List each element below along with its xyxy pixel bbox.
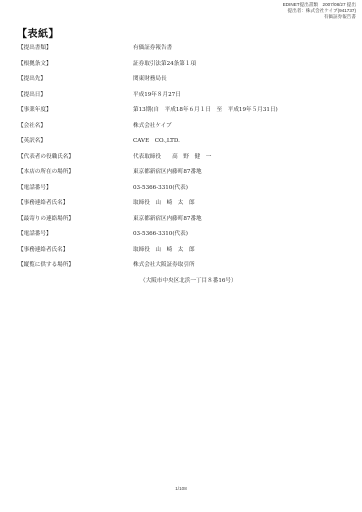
field-value: 関東財務局長 <box>133 74 167 84</box>
field-label: 【会社名】 <box>18 121 46 131</box>
field-row: 【英訳名】CAVE CO.,LTD. <box>0 136 362 146</box>
field-value: 東京都新宿区内藤町87番地 <box>133 214 202 224</box>
field-label: 【電話番号】 <box>18 229 52 239</box>
field-label: 【縦覧に供する場所】 <box>18 260 74 270</box>
field-value: 03-5366-3310(代表) <box>133 183 188 193</box>
field-label: 【代表者の役職氏名】 <box>18 152 74 162</box>
page-title: 【表紙】 <box>17 25 59 40</box>
field-row: 【事業年度】第13期(自 平成18年６月１日 至 平成19年５月31日) <box>0 105 362 115</box>
field-value: 03-5366-3310(代表) <box>133 229 188 239</box>
field-row: 【提出先】関東財務局長 <box>0 74 362 84</box>
field-label: 【事務連絡者氏名】 <box>18 198 68 208</box>
field-value: 取締役 山 崎 太 郎 <box>133 245 195 255</box>
field-label: 【最寄りの連絡場所】 <box>18 214 74 224</box>
field-label: 【電話番号】 <box>18 183 52 193</box>
field-row: 【根拠条文】証券取引法第24条第１項 <box>0 59 362 69</box>
field-row: 【電話番号】03-5366-3310(代表) <box>0 229 362 239</box>
field-label: 【事務連絡者氏名】 <box>18 245 68 255</box>
field-row: 【縦覧に供する場所】株式会社大阪証券取引所 <box>0 260 362 270</box>
field-value: 取締役 山 崎 太 郎 <box>133 198 195 208</box>
page-number: 1/108 <box>0 486 362 491</box>
field-label: 【提出日】 <box>18 90 46 100</box>
field-label: 【提出先】 <box>18 74 46 84</box>
field-row: 【電話番号】03-5366-3310(代表) <box>0 183 362 193</box>
field-value: 平成19年８月27日 <box>133 90 181 100</box>
field-row: 【代表者の役職氏名】代表取締役 高 野 健 一 <box>0 152 362 162</box>
field-row: 【事務連絡者氏名】取締役 山 崎 太 郎 <box>0 245 362 255</box>
field-value: CAVE CO.,LTD. <box>133 136 180 146</box>
field-row: 【提出書類】有価証券報告書 <box>0 43 362 53</box>
document-header: EDINET提出書類 2007/08/27 提出 提出者：株式会社ケイブ(941… <box>283 2 356 20</box>
field-value: 株式会社大阪証券取引所 <box>133 260 195 270</box>
field-label: 【事業年度】 <box>18 105 52 115</box>
field-label: 【本店の所在の場所】 <box>18 167 74 177</box>
field-row: 【本店の所在の場所】東京都新宿区内藤町87番地 <box>0 167 362 177</box>
field-label: 【英訳名】 <box>18 136 46 146</box>
field-value: 代表取締役 高 野 健 一 <box>133 152 211 162</box>
field-row: 【事務連絡者氏名】取締役 山 崎 太 郎 <box>0 198 362 208</box>
field-label: 【提出書類】 <box>18 43 52 53</box>
field-value: 株式会社ケイブ <box>133 121 172 131</box>
field-row: 【最寄りの連絡場所】東京都新宿区内藤町87番地 <box>0 214 362 224</box>
field-label: 【根拠条文】 <box>18 59 52 69</box>
header-document-type: 有価証券報告書 <box>283 14 356 20</box>
field-row: 【提出日】平成19年８月27日 <box>0 90 362 100</box>
field-row: 【会社名】株式会社ケイブ <box>0 121 362 131</box>
field-value: 第13期(自 平成18年６月１日 至 平成19年５月31日) <box>133 105 278 115</box>
field-value: 証券取引法第24条第１項 <box>133 59 196 69</box>
exchange-address-note: （大阪市中央区北浜一丁目８番16号） <box>140 276 237 286</box>
field-value: 東京都新宿区内藤町87番地 <box>133 167 202 177</box>
field-value: 有価証券報告書 <box>133 43 172 53</box>
